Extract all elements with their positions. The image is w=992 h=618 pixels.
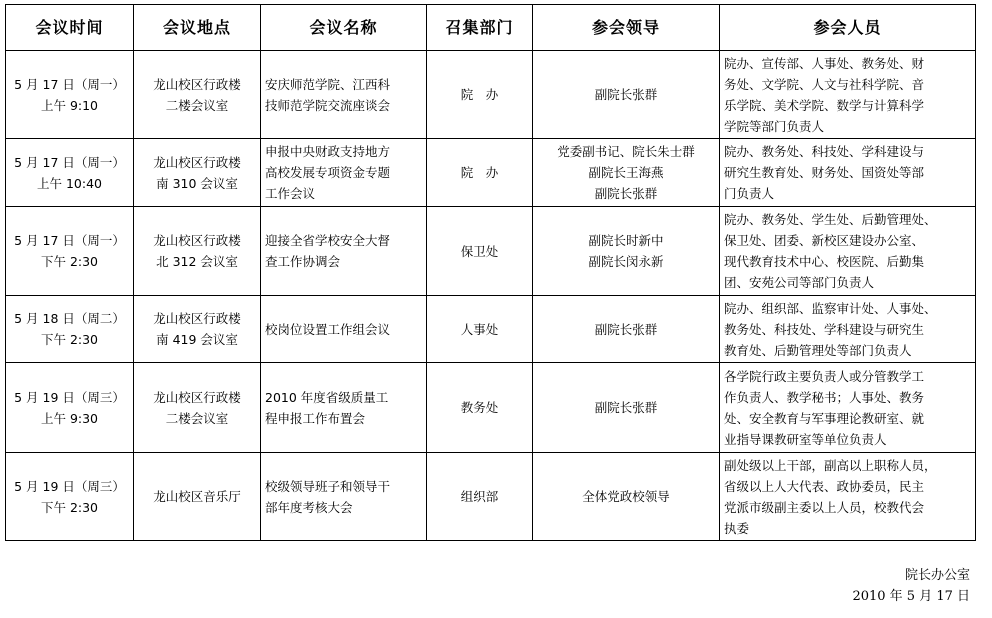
meeting-name-cell-line: 技师范学院交流座谈会 (265, 95, 422, 116)
attendees-cell-line: 务处、文学院、人文与社科学院、音 (724, 74, 971, 95)
header-attendees: 参会人员 (720, 5, 976, 51)
leaders-cell: 副院长张群 (533, 363, 720, 453)
table-row: 5 月 17 日（周一）下午 2:30龙山校区行政楼北 312 会议室迎接全省学… (6, 207, 976, 296)
meeting-time-cell-line: 5 月 18 日（周二） (10, 308, 129, 329)
meeting-name-cell: 校岗位设置工作组会议 (261, 296, 427, 363)
meeting-name-cell-line: 工作会议 (265, 183, 422, 204)
attendees-cell-line: 省级以上人大代表、政协委员，民主 (724, 476, 971, 497)
meeting-name-cell: 迎接全省学校安全大督查工作协调会 (261, 207, 427, 296)
table-row: 5 月 18 日（周二）下午 2:30龙山校区行政楼南 419 会议室校岗位设置… (6, 296, 976, 363)
meeting-place-cell-line: 龙山校区行政楼 (138, 230, 256, 251)
meeting-name-cell-line: 安庆师范学院、江西科 (265, 74, 422, 95)
attendees-cell-line: 处、安全教育与军事理论教研室、就 (724, 408, 971, 429)
attendees-cell: 各学院行政主要负责人或分管教学工作负责人、教学秘书；人事处、教务处、安全教育与军… (720, 363, 976, 453)
meeting-name-cell-line: 高校发展专项资金专题 (265, 162, 422, 183)
meeting-time-cell: 5 月 17 日（周一）下午 2:30 (6, 207, 134, 296)
meeting-place-cell: 龙山校区行政楼二楼会议室 (134, 363, 261, 453)
meeting-name-cell-line: 校岗位设置工作组会议 (265, 319, 422, 340)
leaders-cell-line: 副院长张群 (537, 319, 715, 340)
meeting-time-cell-line: 5 月 17 日（周一） (10, 230, 129, 251)
convening-dept-cell: 院 办 (427, 51, 533, 139)
attendees-cell-line: 各学院行政主要负责人或分管教学工 (724, 366, 971, 387)
attendees-cell-line: 副处级以上干部，副高以上职称人员， (724, 455, 971, 476)
meeting-place-cell-line: 北 312 会议室 (138, 251, 256, 272)
attendees-cell-line: 现代教育技术中心、校医院、后勤集 (724, 251, 971, 272)
meeting-place-cell-line: 龙山校区行政楼 (138, 74, 256, 95)
meeting-time-cell: 5 月 19 日（周三）下午 2:30 (6, 453, 134, 541)
attendees-cell: 院办、组织部、监察审计处、人事处、教务处、科技处、学科建设与研究生教育处、后勤管… (720, 296, 976, 363)
leaders-cell-line: 副院长张群 (537, 397, 715, 418)
meeting-place-cell-line: 龙山校区音乐厅 (138, 486, 256, 507)
table-header-row: 会议时间 会议地点 会议名称 召集部门 参会领导 参会人员 (6, 5, 976, 51)
meeting-place-cell: 龙山校区行政楼南 310 会议室 (134, 139, 261, 207)
table-row: 5 月 17 日（周一）上午 9:10龙山校区行政楼二楼会议室安庆师范学院、江西… (6, 51, 976, 139)
header-meeting-name: 会议名称 (261, 5, 427, 51)
leaders-cell-line: 党委副书记、院长朱士群 (537, 141, 715, 162)
attendees-cell-line: 院办、组织部、监察审计处、人事处、 (724, 298, 971, 319)
leaders-cell: 副院长张群 (533, 296, 720, 363)
meeting-place-cell-line: 二楼会议室 (138, 408, 256, 429)
header-convening-dept: 召集部门 (427, 5, 533, 51)
meeting-time-cell: 5 月 17 日（周一）上午 10:40 (6, 139, 134, 207)
leaders-cell: 副院长张群 (533, 51, 720, 139)
meeting-place-cell: 龙山校区行政楼北 312 会议室 (134, 207, 261, 296)
attendees-cell: 院办、教务处、科技处、学科建设与研究生教育处、财务处、国资处等部门负责人 (720, 139, 976, 207)
table-row: 5 月 19 日（周三）上午 9:30龙山校区行政楼二楼会议室2010 年度省级… (6, 363, 976, 453)
meeting-time-cell-line: 5 月 17 日（周一） (10, 152, 129, 173)
attendees-cell-line: 乐学院、美术学院、数学与计算科学 (724, 95, 971, 116)
meeting-time-cell-line: 上午 9:10 (10, 95, 129, 116)
meeting-place-cell-line: 二楼会议室 (138, 95, 256, 116)
leaders-cell-line: 全体党政校领导 (537, 486, 715, 507)
meeting-place-cell-line: 龙山校区行政楼 (138, 308, 256, 329)
meeting-place-cell-line: 南 419 会议室 (138, 329, 256, 350)
leaders-cell-line: 副院长张群 (537, 84, 715, 105)
meeting-name-cell: 安庆师范学院、江西科技师范学院交流座谈会 (261, 51, 427, 139)
leaders-cell: 全体党政校领导 (533, 453, 720, 541)
meeting-schedule-table: 会议时间 会议地点 会议名称 召集部门 参会领导 参会人员 5 月 17 日（周… (5, 4, 976, 541)
meeting-time-cell-line: 下午 2:30 (10, 251, 129, 272)
meeting-name-cell: 2010 年度省级质量工程申报工作布置会 (261, 363, 427, 453)
meeting-place-cell: 龙山校区行政楼二楼会议室 (134, 51, 261, 139)
meeting-name-cell-line: 申报中央财政支持地方 (265, 141, 422, 162)
meeting-name-cell: 申报中央财政支持地方高校发展专项资金专题工作会议 (261, 139, 427, 207)
leaders-cell-line: 副院长闵永新 (537, 251, 715, 272)
meeting-place-cell: 龙山校区音乐厅 (134, 453, 261, 541)
meeting-time-cell-line: 上午 10:40 (10, 173, 129, 194)
meeting-name-cell-line: 2010 年度省级质量工 (265, 387, 422, 408)
leaders-cell-line: 副院长王海燕 (537, 162, 715, 183)
meeting-name-cell-line: 校级领导班子和领导干 (265, 476, 422, 497)
leaders-cell-line: 副院长张群 (537, 183, 715, 204)
attendees-cell-line: 院办、教务处、科技处、学科建设与 (724, 141, 971, 162)
attendees-cell-line: 业指导课教研室等单位负责人 (724, 429, 971, 450)
attendees-cell-line: 学院等部门负责人 (724, 116, 971, 137)
header-meeting-place: 会议地点 (134, 5, 261, 51)
meeting-time-cell: 5 月 19 日（周三）上午 9:30 (6, 363, 134, 453)
meeting-time-cell: 5 月 17 日（周一）上午 9:10 (6, 51, 134, 139)
meeting-name-cell-line: 查工作协调会 (265, 251, 422, 272)
attendees-cell-line: 保卫处、团委、新校区建设办公室、 (724, 230, 971, 251)
leaders-cell-line: 副院长时新中 (537, 230, 715, 251)
meeting-place-cell-line: 龙山校区行政楼 (138, 152, 256, 173)
attendees-cell: 院办、教务处、学生处、后勤管理处、保卫处、团委、新校区建设办公室、现代教育技术中… (720, 207, 976, 296)
signature-office: 院长办公室 (905, 566, 970, 586)
meeting-place-cell-line: 龙山校区行政楼 (138, 387, 256, 408)
attendees-cell-line: 院办、教务处、学生处、后勤管理处、 (724, 209, 971, 230)
attendees-cell: 院办、宣传部、人事处、教务处、财务处、文学院、人文与社科学院、音乐学院、美术学院… (720, 51, 976, 139)
attendees-cell-line: 作负责人、教学秘书；人事处、教务 (724, 387, 971, 408)
convening-dept-cell: 院 办 (427, 139, 533, 207)
attendees-cell-line: 团、安苑公司等部门负责人 (724, 272, 971, 293)
table-row: 5 月 19 日（周三）下午 2:30龙山校区音乐厅校级领导班子和领导干部年度考… (6, 453, 976, 541)
attendees-cell-line: 执委 (724, 518, 971, 539)
meeting-name-cell-line: 部年度考核大会 (265, 497, 422, 518)
attendees-cell-line: 院办、宣传部、人事处、教务处、财 (724, 53, 971, 74)
meeting-time-cell-line: 下午 2:30 (10, 497, 129, 518)
convening-dept-cell: 教务处 (427, 363, 533, 453)
attendees-cell: 副处级以上干部，副高以上职称人员，省级以上人大代表、政协委员，民主党派市级副主委… (720, 453, 976, 541)
meeting-time-cell-line: 下午 2:30 (10, 329, 129, 350)
meeting-place-cell-line: 南 310 会议室 (138, 173, 256, 194)
signature-date: 2010 年 5 月 17 日 (852, 587, 970, 607)
convening-dept-cell: 人事处 (427, 296, 533, 363)
attendees-cell-line: 门负责人 (724, 183, 971, 204)
attendees-cell-line: 教育处、后勤管理处等部门负责人 (724, 340, 971, 361)
attendees-cell-line: 教务处、科技处、学科建设与研究生 (724, 319, 971, 340)
leaders-cell: 副院长时新中副院长闵永新 (533, 207, 720, 296)
convening-dept-cell: 组织部 (427, 453, 533, 541)
attendees-cell-line: 党派市级副主委以上人员，校教代会 (724, 497, 971, 518)
meeting-name-cell-line: 迎接全省学校安全大督 (265, 230, 422, 251)
meeting-time-cell-line: 5 月 17 日（周一） (10, 74, 129, 95)
meeting-name-cell: 校级领导班子和领导干部年度考核大会 (261, 453, 427, 541)
convening-dept-cell: 保卫处 (427, 207, 533, 296)
table-row: 5 月 17 日（周一）上午 10:40龙山校区行政楼南 310 会议室申报中央… (6, 139, 976, 207)
meeting-name-cell-line: 程申报工作布置会 (265, 408, 422, 429)
meeting-place-cell: 龙山校区行政楼南 419 会议室 (134, 296, 261, 363)
header-leaders: 参会领导 (533, 5, 720, 51)
leaders-cell: 党委副书记、院长朱士群副院长王海燕副院长张群 (533, 139, 720, 207)
meeting-time-cell: 5 月 18 日（周二）下午 2:30 (6, 296, 134, 363)
meeting-time-cell-line: 5 月 19 日（周三） (10, 476, 129, 497)
meeting-time-cell-line: 5 月 19 日（周三） (10, 387, 129, 408)
header-meeting-time: 会议时间 (6, 5, 134, 51)
attendees-cell-line: 研究生教育处、财务处、国资处等部 (724, 162, 971, 183)
meeting-time-cell-line: 上午 9:30 (10, 408, 129, 429)
